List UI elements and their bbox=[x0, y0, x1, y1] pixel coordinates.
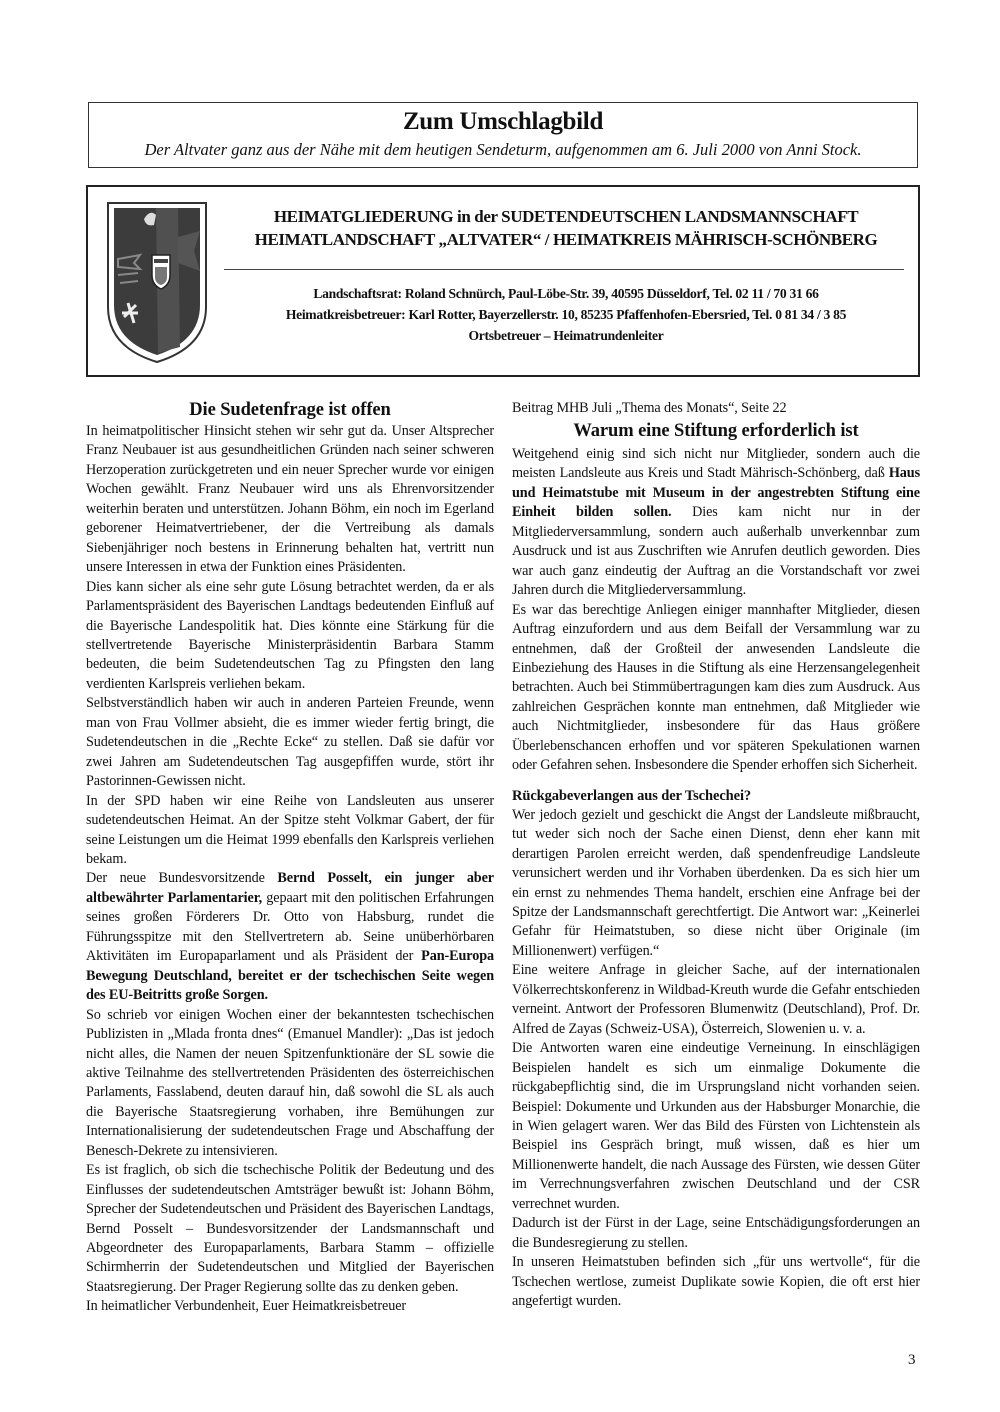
org-line-2: HEIMATLANDSCHAFT „ALTVATER“ / HEIMATKREI… bbox=[226, 228, 906, 251]
paragraph: Selbstverständlich haben wir auch in and… bbox=[86, 694, 494, 791]
paragraph: So schrieb vor einigen Wochen einer der … bbox=[86, 1006, 494, 1162]
paragraph: Eine weitere Anfrage in gleicher Sache, … bbox=[512, 961, 920, 1039]
paragraph: In unseren Heimatstuben befinden sich „f… bbox=[512, 1253, 920, 1311]
paragraph: Die Antworten waren eine eindeutige Vern… bbox=[512, 1039, 920, 1214]
cover-box-title: Zum Umschlagbild bbox=[89, 107, 917, 137]
paragraph: Es ist fraglich, ob sich die tschechisch… bbox=[86, 1161, 494, 1297]
org-line-1: HEIMATGLIEDERUNG in der SUDETENDEUTSCHEN… bbox=[226, 205, 906, 228]
text-run: Weitgehend einig sind sich nicht nur Mit… bbox=[512, 446, 920, 481]
paragraph: Weitgehend einig sind sich nicht nur Mit… bbox=[512, 445, 920, 601]
left-article-title: Die Sudetenfrage ist offen bbox=[86, 398, 494, 422]
text-run: Der neue Bundesvorsitzende bbox=[86, 870, 277, 886]
subheading: Rückgabeverlangen aus der Tschechei? bbox=[512, 786, 920, 806]
paragraph: Es war das berechtige Anliegen einiger m… bbox=[512, 601, 920, 776]
paragraph: In der SPD haben wir eine Reihe von Land… bbox=[86, 792, 494, 870]
paragraph: Wer jedoch gezielt und geschickt die Ang… bbox=[512, 806, 920, 962]
closing-line: In heimatlicher Verbundenheit, Euer Heim… bbox=[86, 1297, 494, 1316]
organization-box: HEIMATGLIEDERUNG in der SUDETENDEUTSCHEN… bbox=[86, 185, 920, 377]
divider bbox=[224, 269, 904, 270]
right-article-title: Warum eine Stiftung erforderlich ist bbox=[512, 419, 920, 443]
paragraph: Dies kann sicher als eine sehr gute Lösu… bbox=[86, 578, 494, 695]
contact-ortsbetreuer: Ortsbetreuer – Heimatrundenleiter bbox=[216, 325, 916, 346]
organization-heading: HEIMATGLIEDERUNG in der SUDETENDEUTSCHEN… bbox=[226, 205, 906, 251]
cover-box-caption: Der Altvater ganz aus der Nähe mit dem h… bbox=[89, 139, 917, 161]
paragraph: In heimatpolitischer Hinsicht stehen wir… bbox=[86, 422, 494, 578]
paragraph: Der neue Bundesvorsitzende Bernd Posselt… bbox=[86, 869, 494, 1005]
contacts-block: Landschaftsrat: Roland Schnürch, Paul-Lö… bbox=[216, 283, 916, 346]
contact-heimatkreisbetreuer: Heimatkreisbetreuer: Karl Rotter, Bayerz… bbox=[216, 304, 916, 325]
coat-of-arms-icon bbox=[104, 197, 210, 365]
right-article: Beitrag MHB Juli „Thema des Monats“, Sei… bbox=[512, 398, 920, 1311]
contact-landschaftsrat: Landschaftsrat: Roland Schnürch, Paul-Lö… bbox=[216, 283, 916, 304]
page-number: 3 bbox=[908, 1352, 916, 1369]
left-article: Die Sudetenfrage ist offen In heimatpoli… bbox=[86, 398, 494, 1317]
source-note: Beitrag MHB Juli „Thema des Monats“, Sei… bbox=[512, 398, 920, 418]
paragraph: Dadurch ist der Fürst in der Lage, seine… bbox=[512, 1214, 920, 1253]
cover-image-box: Zum Umschlagbild Der Altvater ganz aus d… bbox=[88, 102, 918, 168]
